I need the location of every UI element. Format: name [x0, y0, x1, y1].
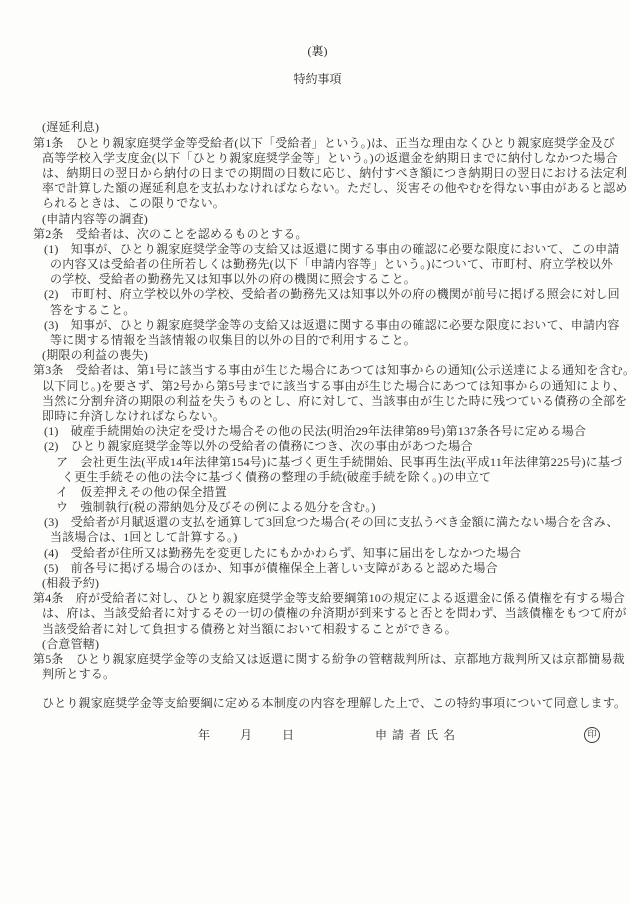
terms-line: 即時に弁済しなければならない。	[33, 409, 602, 424]
terms-line: 第2条 受給者は、次のことを認めるものとする。	[33, 227, 602, 242]
terms-line: の内容又は受給者の住所若しくは勤務先(以下「申請内容等」という。)について、市町…	[33, 257, 602, 272]
terms-line: られるときは、この限りでない。	[33, 196, 602, 211]
terms-line: (3) 知事が、ひとり親家庭奨学金等の支給又は返還に関する事由の確認に必要な限度…	[33, 318, 602, 333]
terms-line: (5) 前各号に掲げる場合のほか、知事が債権保全上著しい支障があると認めた場合	[33, 561, 602, 576]
terms-body: (遅延利息)第1条 ひとり親家庭奨学金等受給者(以下「受給者」という。)は、正当…	[33, 120, 602, 682]
terms-line: く更生手続その他の法令に基づく債務の整理の手続(破産手続を除く。)の申立て	[33, 470, 602, 485]
seal-label: 印	[587, 730, 596, 739]
terms-line: 以下同じ。)を要さず、第2号から第5号までに該当する事由が生じた場合にあつては知…	[33, 379, 602, 394]
terms-line: 等に関する情報を当該情報の収集目的以外の目的で利用すること。	[33, 333, 602, 348]
terms-line: 当該場合は、1回として計算する。)	[33, 530, 602, 545]
day-label: 日	[282, 728, 294, 743]
year-label: 年	[198, 728, 210, 743]
document-page: (裏) 特約事項 (遅延利息)第1条 ひとり親家庭奨学金等受給者(以下「受給者」…	[0, 0, 630, 903]
terms-line: (4) 受給者が住所又は勤務先を変更したにもかかわらず、知事に届出をしなかつた場…	[33, 546, 602, 561]
terms-line: は、府は、当該受給者に対するその一切の債権の弁済期が到来すると否とを問わず、当該…	[33, 606, 602, 621]
terms-line: (相殺予約)	[33, 576, 602, 591]
terms-line: 第5条 ひとり親家庭奨学金等の支給又は返還に関する紛争の管轄裁判所は、京都地方裁…	[33, 652, 602, 667]
terms-line: 判所とする。	[33, 667, 602, 682]
terms-line: (3) 受給者が月賦返還の支払を通算して3回怠つた場合(その回に支払うべき金額に…	[33, 515, 602, 530]
terms-line: 当然に分割弁済の期限の利益を失うものとし、府に対して、当該事由が生じた時に残つて…	[33, 394, 602, 409]
signature-row: 年 月 日 申請者氏名 印	[33, 728, 602, 746]
terms-line: 当該受給者に対して負担する債務と対当額において相殺することができる。	[33, 622, 602, 637]
terms-line: 第1条 ひとり親家庭奨学金等受給者(以下「受給者」という。)は、正当な理由なくひ…	[33, 136, 602, 151]
month-label: 月	[240, 728, 252, 743]
applicant-name-label: 申請者氏名	[375, 728, 460, 743]
terms-line: 率で計算した額の遅延利息を支払わなければならない。ただし、災害その他やむを得ない…	[33, 181, 602, 196]
terms-line: (1) 破産手続開始の決定を受けた場合その他の民法(明治29年法律第89号)第1…	[33, 424, 602, 439]
terms-line: 第4条 府が受給者に対し、ひとり親家庭奨学金等支給要綱第10の規定による返還金に…	[33, 591, 602, 606]
terms-line: (1) 知事が、ひとり親家庭奨学金等の支給又は返還に関する事由の確認に必要な限度…	[33, 242, 602, 257]
terms-line: (合意管轄)	[33, 637, 602, 652]
page-side-label: (裏)	[33, 44, 602, 59]
terms-line: (遅延利息)	[33, 120, 602, 135]
terms-line: の学校、受給者の勤務先又は知事以外の府の機関に照会すること。	[33, 272, 602, 287]
terms-line: 答をすること。	[33, 303, 602, 318]
terms-line: 第3条 受給者は、第1号に該当する事由が生じた場合にあつては知事からの通知(公示…	[33, 363, 602, 378]
terms-line: イ 仮差押えその他の保全措置	[33, 485, 602, 500]
terms-line: ア 会社更生法(平成14年法律第154号)に基づく更生手続開始、民事再生法(平成…	[33, 455, 602, 470]
terms-line: (申請内容等の調査)	[33, 212, 602, 227]
terms-line: (期限の利益の喪失)	[33, 348, 602, 363]
page-title: 特約事項	[33, 72, 602, 87]
terms-line: 高等学校入学支度金(以下「ひとり親家庭奨学金等」という。)の返還金を納期日までに…	[33, 151, 602, 166]
seal-mark-icon: 印	[584, 727, 600, 743]
terms-line: (2) ひとり親家庭奨学金等以外の受給者の債務につき、次の事由があつた場合	[33, 439, 602, 454]
terms-line: は、納期日の翌日から納付の日までの期間の日数に応じ、納付すべき額につき納期日の翌…	[33, 166, 602, 181]
terms-line: (2) 市町村、府立学校以外の学校、受給者の勤務先又は知事以外の府の機関が前号に…	[33, 287, 602, 302]
agreement-sentence: ひとり親家庭奨学金等支給要綱に定める本制度の内容を理解した上で、この特約事項につ…	[33, 696, 602, 711]
terms-line: ウ 強制執行(税の滞納処分及びその例による処分を含む。)	[33, 500, 602, 515]
